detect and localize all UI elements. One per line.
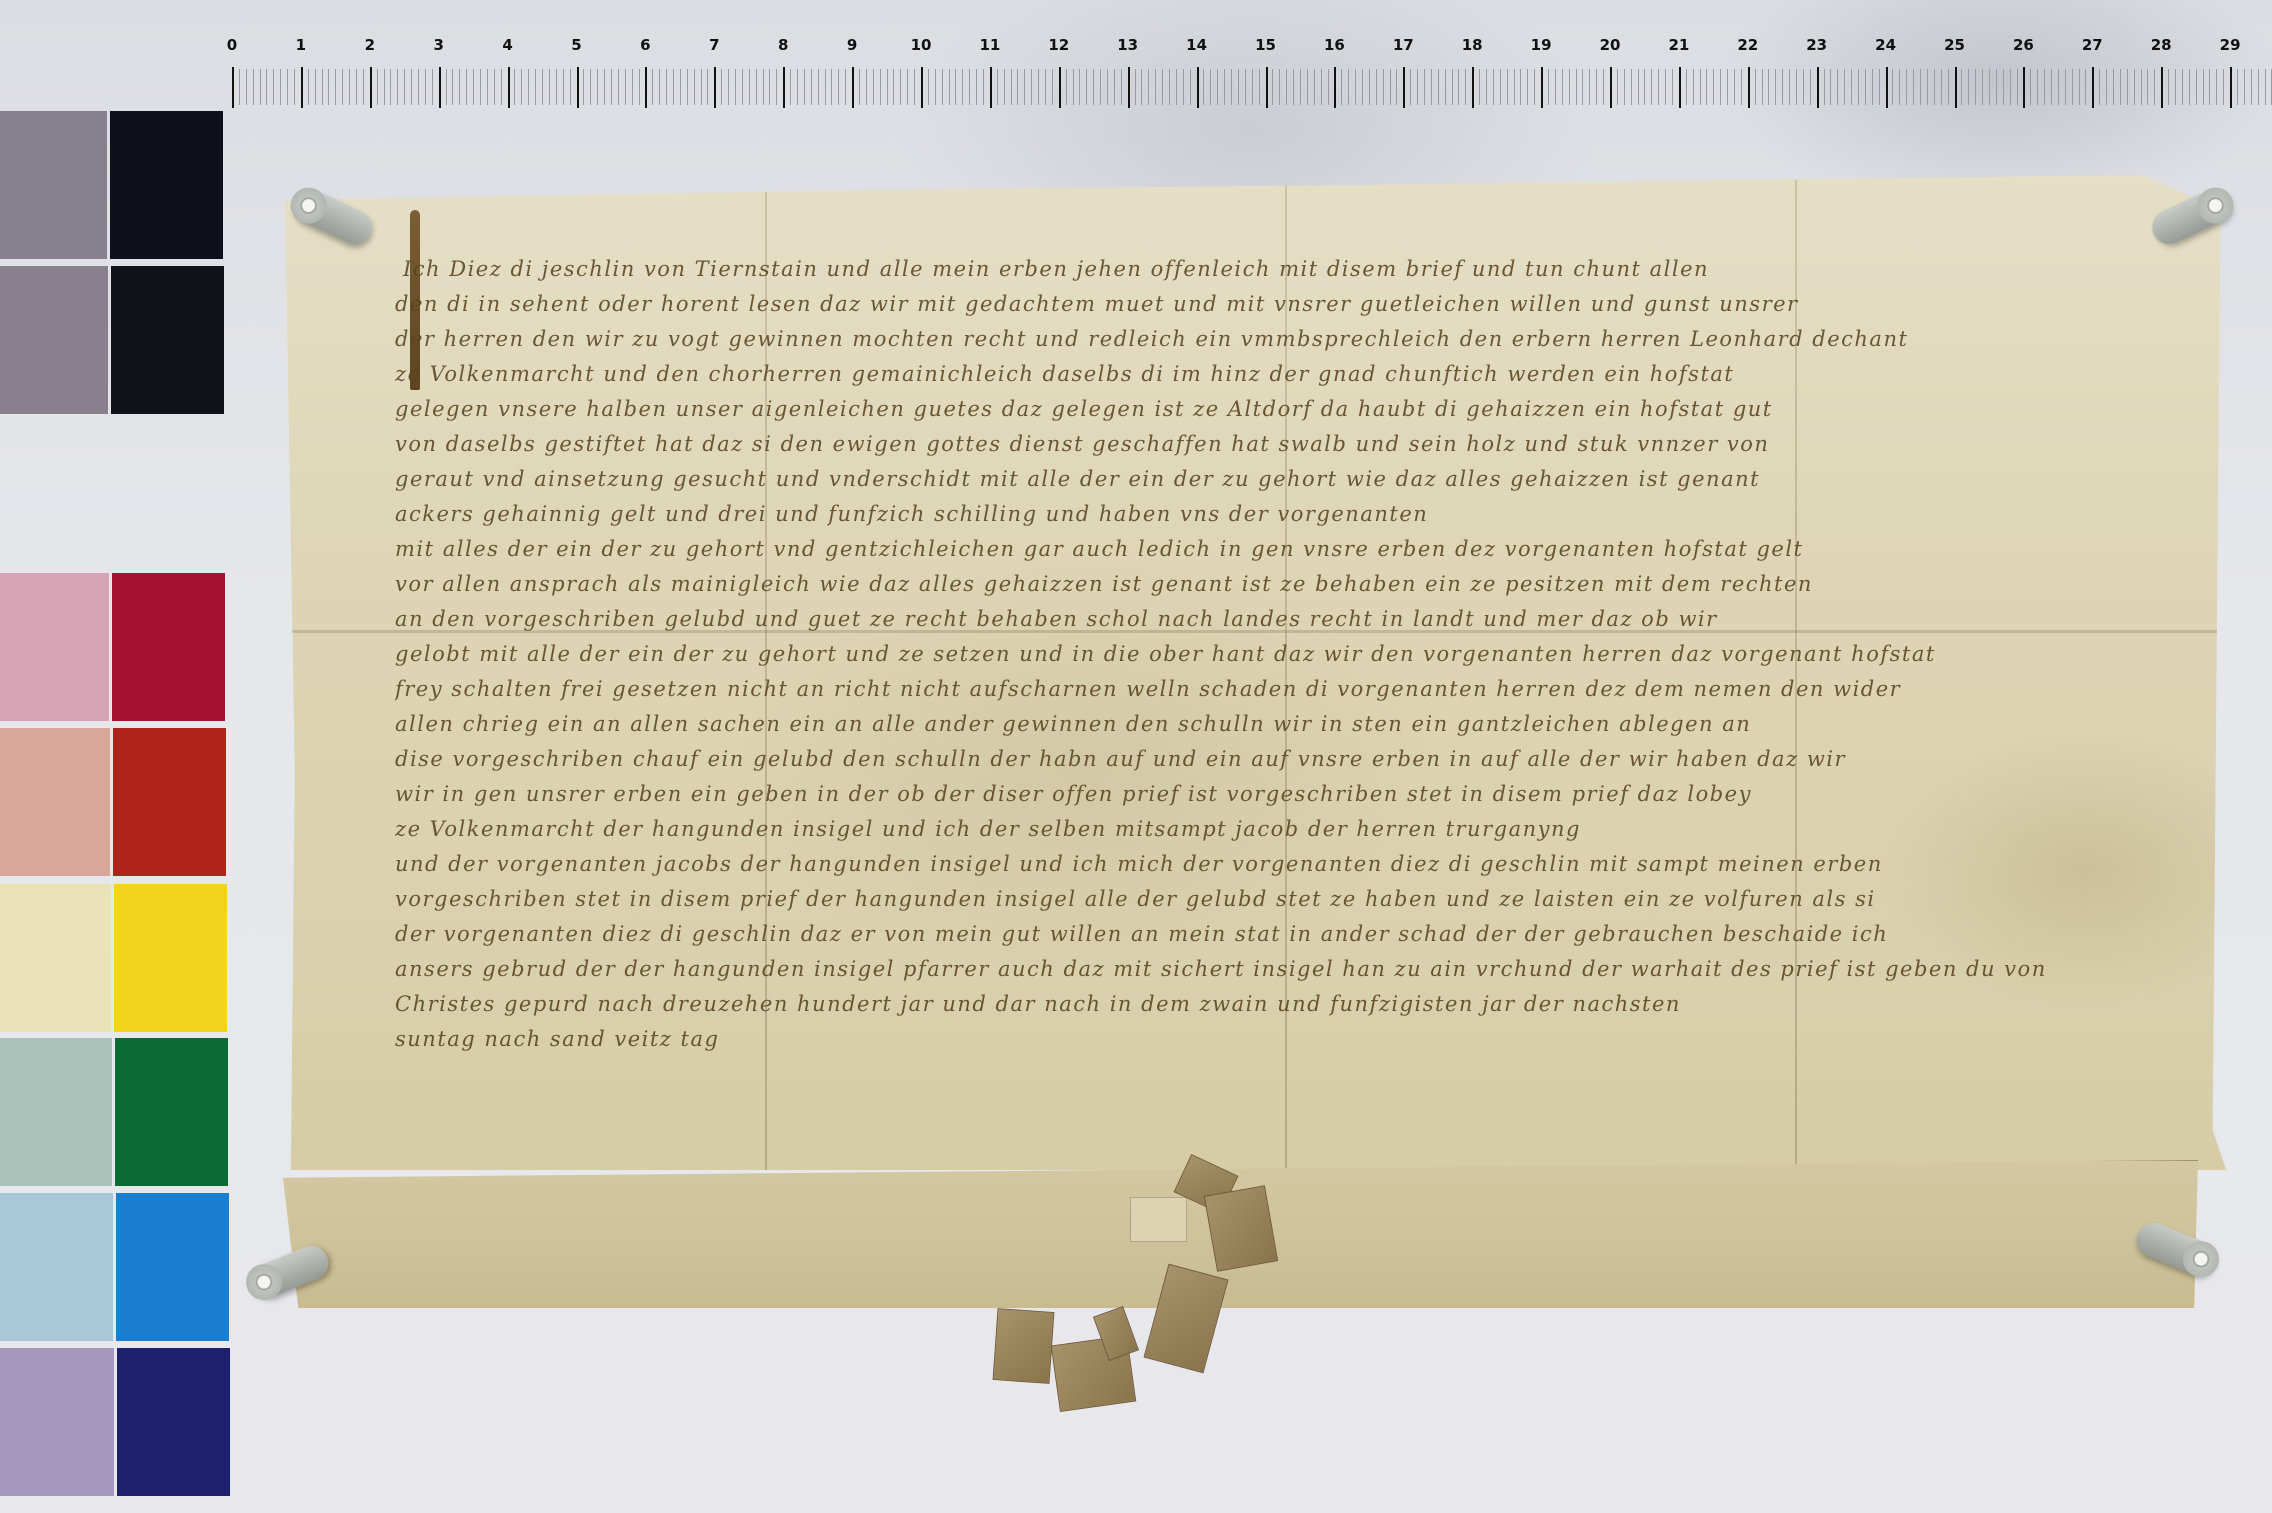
ruler-minor-tick [459,69,460,105]
ruler-minor-tick [763,69,764,105]
ruler-minor-tick [1348,69,1349,105]
ruler-minor-tick [1114,69,1115,105]
ruler-major-tick [921,67,923,108]
ruler-label: 6 [640,36,650,54]
ruler-minor-tick [1548,69,1549,105]
ruler-minor-tick [1417,69,1418,105]
ruler-minor-tick [1148,69,1149,105]
ruler-major-tick [1197,67,1199,108]
color-calibration-chart [0,108,232,1488]
ruler-minor-tick [1562,69,1563,105]
ruler-minor-tick [997,69,998,105]
ruler-minor-tick [1314,69,1315,105]
ruler-minor-tick [1555,69,1556,105]
color-swatch [115,1038,228,1186]
ruler-minor-tick [287,69,288,105]
ruler-minor-tick [1217,69,1218,105]
ruler-minor-tick [597,69,598,105]
ruler-label: 29 [2220,36,2241,54]
ruler-minor-tick [2099,69,2100,105]
ruler-major-tick [1679,67,1681,108]
ruler-label: 1 [296,36,306,54]
ruler-minor-tick [1176,69,1177,105]
ruler-minor-tick [1686,69,1687,105]
ruler-minor-tick [1383,69,1384,105]
ruler-minor-tick [1073,69,1074,105]
ruler-minor-tick [1837,69,1838,105]
ruler-label: 7 [709,36,719,54]
ruler-minor-tick [1390,69,1391,105]
ruler-minor-tick [1975,69,1976,105]
charter-text-line: geraut vnd ainsetzung gesucht und vnders… [395,462,2215,497]
ruler-minor-tick [680,69,681,105]
ruler-minor-tick [1121,69,1122,105]
ruler-minor-tick [2058,69,2059,105]
ruler-minor-tick [1934,69,1935,105]
ruler-minor-tick [1968,69,1969,105]
charter-text-line: ze Volkenmarcht und den chorherren gemai… [395,357,2215,392]
color-swatch [116,1193,229,1341]
ruler-minor-tick [2120,69,2121,105]
ruler-minor-tick [1734,69,1735,105]
ruler-label: 4 [502,36,512,54]
ruler-minor-tick [1396,69,1397,105]
color-swatch [0,111,107,259]
ruler-minor-tick [2065,69,2066,105]
ruler-minor-tick [1024,69,1025,105]
ruler-minor-tick [2072,69,2073,105]
ruler-minor-tick [797,69,798,105]
ruler-minor-tick [1906,69,1907,105]
ruler-label: 15 [1255,36,1276,54]
ruler-minor-tick [742,69,743,105]
ruler-minor-tick [1596,69,1597,105]
ruler-minor-tick [308,69,309,105]
ruler-minor-tick [1479,69,1480,105]
ruler-minor-tick [273,69,274,105]
ruler-minor-tick [790,69,791,105]
ruler-minor-tick [859,69,860,105]
ruler-major-tick [2230,67,2232,108]
ruler-minor-tick [756,69,757,105]
charter-text-line: suntag nach sand veitz tag [395,1022,1175,1057]
ruler-minor-tick [776,69,777,105]
ruler-minor-tick [1582,69,1583,105]
ruler-minor-tick [1520,69,1521,105]
ruler-minor-tick [487,69,488,105]
ruler-minor-tick [900,69,901,105]
ruler-minor-tick [1576,69,1577,105]
ruler-label: 8 [778,36,788,54]
ruler-minor-tick [1589,69,1590,105]
ruler-label: 2 [365,36,375,54]
ruler-minor-tick [2030,69,2031,105]
ruler-major-tick [1059,67,1061,108]
ruler-minor-tick [2017,69,2018,105]
ruler-label: 0 [227,36,237,54]
ruler-major-tick [1266,67,1268,108]
ruler-minor-tick [2182,69,2183,105]
ruler-minor-tick [1162,69,1163,105]
ruler-label: 16 [1324,36,1345,54]
ruler-label: 14 [1186,36,1207,54]
ruler-minor-tick [1038,69,1039,105]
ruler-label: 3 [433,36,443,54]
ruler-minor-tick [2258,69,2259,105]
ruler-minor-tick [583,69,584,105]
ruler-minor-tick [866,69,867,105]
ruler-minor-tick [1369,69,1370,105]
ruler-minor-tick [280,69,281,105]
ruler-minor-tick [1362,69,1363,105]
ruler-minor-tick [1307,69,1308,105]
ruler-minor-tick [1789,69,1790,105]
ruler-minor-tick [556,69,557,105]
ruler-minor-tick [2216,69,2217,105]
ruler-minor-tick [1720,69,1721,105]
ruler-minor-tick [1775,69,1776,105]
ruler-minor-tick [2196,69,2197,105]
ruler-minor-tick [1713,69,1714,105]
ruler-minor-tick [749,69,750,105]
ruler-minor-tick [1927,69,1928,105]
ruler-minor-tick [535,69,536,105]
charter-text-line: mit alles der ein der zu gehort vnd gent… [395,532,2215,567]
ruler-minor-tick [1355,69,1356,105]
ruler-minor-tick [1913,69,1914,105]
seal-strap [993,1308,1055,1384]
ruler-minor-tick [1252,69,1253,105]
ruler-major-tick [2023,67,2025,108]
ruler-minor-tick [1631,69,1632,105]
color-swatch [0,573,109,721]
ruler-minor-tick [1762,69,1763,105]
ruler-label: 10 [911,36,932,54]
ruler-minor-tick [1755,69,1756,105]
ruler-minor-tick [1183,69,1184,105]
measurement-ruler: 0123456789101112131415161718192021222324… [225,36,2272,112]
charter-text-line: den di in sehent oder horent lesen daz w… [395,287,2215,322]
ruler-minor-tick [907,69,908,105]
ruler-minor-tick [1155,69,1156,105]
charter-text-line: vor allen ansprach als mainigleich wie d… [395,567,2215,602]
ruler-minor-tick [2037,69,2038,105]
ruler-minor-tick [1238,69,1239,105]
seal-strap [1204,1185,1278,1272]
ruler-minor-tick [501,69,502,105]
ruler-minor-tick [914,69,915,105]
ruler-label: 5 [571,36,581,54]
ruler-minor-tick [384,69,385,105]
color-swatch [114,884,227,1032]
ruler-minor-tick [2209,69,2210,105]
ruler-major-tick [783,67,785,108]
ruler-minor-tick [1107,69,1108,105]
ruler-minor-tick [253,69,254,105]
ruler-minor-tick [1527,69,1528,105]
ruler-minor-tick [480,69,481,105]
ruler-minor-tick [735,69,736,105]
ruler-minor-tick [1514,69,1515,105]
ruler-minor-tick [942,69,943,105]
ruler-minor-tick [969,69,970,105]
ruler-minor-tick [2175,69,2176,105]
charter-text-line: gelobt mit alle der ein der zu gehort un… [395,637,2215,672]
ruler-minor-tick [1224,69,1225,105]
ruler-minor-tick [1844,69,1845,105]
ruler-minor-tick [1700,69,1701,105]
ruler-major-tick [1886,67,1888,108]
color-swatch [0,1193,113,1341]
ruler-minor-tick [604,69,605,105]
ruler-minor-tick [521,69,522,105]
ruler-minor-tick [1452,69,1453,105]
ruler-minor-tick [811,69,812,105]
ruler-minor-tick [1865,69,1866,105]
ruler-minor-tick [976,69,977,105]
ruler-minor-tick [1658,69,1659,105]
ruler-minor-tick [425,69,426,105]
seal-slot [1130,1197,1187,1242]
color-swatch [0,266,108,414]
charter-text-line: Christes gepurd nach dreuzehen hundert j… [395,987,2215,1022]
ruler-minor-tick [632,69,633,105]
ruler-major-tick [1472,67,1474,108]
ruler-minor-tick [935,69,936,105]
ruler-minor-tick [1465,69,1466,105]
charter-text-line: der vorgenanten diez di geschlin daz er … [395,917,2215,952]
charter-text-line: ansers gebrud der der hangunden insigel … [395,952,2215,987]
ruler-major-tick [1817,67,1819,108]
ruler-minor-tick [659,69,660,105]
ruler-minor-tick [411,69,412,105]
ruler-minor-tick [363,69,364,105]
ruler-major-tick [1955,67,1957,108]
ruler-minor-tick [1052,69,1053,105]
ruler-minor-tick [1644,69,1645,105]
ruler-minor-tick [1093,69,1094,105]
ruler-minor-tick [701,69,702,105]
ruler-minor-tick [356,69,357,105]
ruler-minor-tick [1203,69,1204,105]
ruler-label: 21 [1668,36,1689,54]
ruler-minor-tick [1851,69,1852,105]
ruler-minor-tick [1569,69,1570,105]
ruler-minor-tick [2044,69,2045,105]
ruler-minor-tick [349,69,350,105]
ruler-minor-tick [1858,69,1859,105]
ruler-minor-tick [1796,69,1797,105]
charter-text: Ich Diez di jeschlin von Tiernstain und … [395,252,2215,1057]
ruler-minor-tick [1693,69,1694,105]
ruler-minor-tick [1410,69,1411,105]
ruler-minor-tick [1321,69,1322,105]
charter-text-line: allen chrieg ein an allen sachen ein an … [395,707,2215,742]
ruler-minor-tick [1961,69,1962,105]
ruler-minor-tick [390,69,391,105]
ruler-minor-tick [294,69,295,105]
ruler-minor-tick [1741,69,1742,105]
ruler-minor-tick [2251,69,2252,105]
ruler-minor-tick [728,69,729,105]
ruler-minor-tick [1231,69,1232,105]
ruler-minor-tick [514,69,515,105]
ruler-minor-tick [1824,69,1825,105]
color-swatch [0,884,111,1032]
ruler-minor-tick [1603,69,1604,105]
color-swatch [117,1348,230,1496]
ruler-minor-tick [1293,69,1294,105]
ruler-minor-tick [1672,69,1673,105]
ruler-minor-tick [666,69,667,105]
ruler-minor-tick [1803,69,1804,105]
ruler-minor-tick [1066,69,1067,105]
ruler-minor-tick [880,69,881,105]
ruler-minor-tick [1328,69,1329,105]
ruler-minor-tick [1665,69,1666,105]
charter-text-line: vorgeschriben stet in disem prief der ha… [395,882,2215,917]
charter-text-line: Ich Diez di jeschlin von Tiernstain und … [395,252,2215,287]
ruler-minor-tick [2113,69,2114,105]
ruler-minor-tick [949,69,950,105]
color-swatch [0,1348,114,1496]
ruler-label: 17 [1393,36,1414,54]
ruler-minor-tick [528,69,529,105]
color-swatch [113,728,226,876]
charter-text-line: an den vorgeschriben gelubd und guet ze … [395,602,2215,637]
ruler-minor-tick [652,69,653,105]
ruler-label: 11 [979,36,1000,54]
ruler-minor-tick [1300,69,1301,105]
ruler-label: 19 [1531,36,1552,54]
ruler-minor-tick [1190,69,1191,105]
ruler-minor-tick [639,69,640,105]
ruler-major-tick [577,67,579,108]
ruler-minor-tick [466,69,467,105]
ruler-minor-tick [1899,69,1900,105]
ruler-label: 25 [1944,36,1965,54]
ruler-minor-tick [1004,69,1005,105]
ruler-minor-tick [818,69,819,105]
ruler-minor-tick [1272,69,1273,105]
ruler-minor-tick [962,69,963,105]
ruler-minor-tick [2010,69,2011,105]
ruler-minor-tick [1376,69,1377,105]
ruler-minor-tick [2168,69,2169,105]
ruler-label: 22 [1737,36,1758,54]
ruler-minor-tick [2127,69,2128,105]
ruler-minor-tick [432,69,433,105]
ruler-minor-tick [1651,69,1652,105]
ruler-major-tick [370,67,372,108]
ruler-minor-tick [1031,69,1032,105]
ruler-minor-tick [397,69,398,105]
ruler-minor-tick [1948,69,1949,105]
ruler-minor-tick [1100,69,1101,105]
ruler-minor-tick [825,69,826,105]
ruler-major-tick [508,67,510,108]
ruler-minor-tick [1045,69,1046,105]
ruler-label: 24 [1875,36,1896,54]
ruler-minor-tick [893,69,894,105]
ruler-minor-tick [452,69,453,105]
ruler-minor-tick [673,69,674,105]
color-swatch [112,573,225,721]
ruler-minor-tick [322,69,323,105]
ruler-minor-tick [2244,69,2245,105]
ruler-minor-tick [831,69,832,105]
ruler-minor-tick [2134,69,2135,105]
ruler-minor-tick [590,69,591,105]
ruler-minor-tick [1941,69,1942,105]
charter-text-line: dise vorgeschriben chauf ein gelubd den … [395,742,2215,777]
ruler-minor-tick [769,69,770,105]
ruler-minor-tick [1500,69,1501,105]
charter-text-line: ze Volkenmarcht der hangunden insigel un… [395,812,2215,847]
ruler-minor-tick [1493,69,1494,105]
ruler-minor-tick [2085,69,2086,105]
ruler-major-tick [2161,67,2163,108]
ruler-minor-tick [1872,69,1873,105]
ruler-minor-tick [1445,69,1446,105]
ruler-minor-tick [1431,69,1432,105]
ruler-major-tick [1334,67,1336,108]
ruler-minor-tick [1706,69,1707,105]
ruler-minor-tick [1245,69,1246,105]
ruler-minor-tick [404,69,405,105]
ruler-minor-tick [2154,69,2155,105]
ruler-minor-tick [260,69,261,105]
ruler-minor-tick [611,69,612,105]
ruler-label: 9 [847,36,857,54]
ruler-minor-tick [1996,69,1997,105]
ruler-minor-tick [983,69,984,105]
ruler-minor-tick [239,69,240,105]
charter-text-line: ackers gehainnig gelt und drei und funfz… [395,497,2215,532]
ruler-minor-tick [1810,69,1811,105]
ruler-minor-tick [418,69,419,105]
ruler-minor-tick [1135,69,1136,105]
ruler-minor-tick [1920,69,1921,105]
charter-text-line: frey schalten frei gesetzen nicht an ric… [395,672,2215,707]
charter-text-line: und der vorgenanten jacobs der hangunden… [395,847,2215,882]
ruler-minor-tick [804,69,805,105]
ruler-minor-tick [542,69,543,105]
ruler-minor-tick [1507,69,1508,105]
ruler-major-tick [232,67,234,108]
ruler-minor-tick [1259,69,1260,105]
ruler-minor-tick [2223,69,2224,105]
ruler-minor-tick [1011,69,1012,105]
ruler-minor-tick [873,69,874,105]
ruler-major-tick [1541,67,1543,108]
ruler-minor-tick [618,69,619,105]
ruler-minor-tick [570,69,571,105]
ruler-minor-tick [1768,69,1769,105]
ruler-major-tick [852,67,854,108]
ruler-minor-tick [1169,69,1170,105]
ruler-minor-tick [928,69,929,105]
ruler-major-tick [1403,67,1405,108]
ruler-minor-tick [1017,69,1018,105]
charter-text-line: der herren den wir zu vogt gewinnen moch… [395,322,2215,357]
ruler-minor-tick [2079,69,2080,105]
ruler-minor-tick [2051,69,2052,105]
ruler-minor-tick [342,69,343,105]
ruler-minor-tick [1727,69,1728,105]
ruler-minor-tick [687,69,688,105]
ruler-minor-tick [707,69,708,105]
